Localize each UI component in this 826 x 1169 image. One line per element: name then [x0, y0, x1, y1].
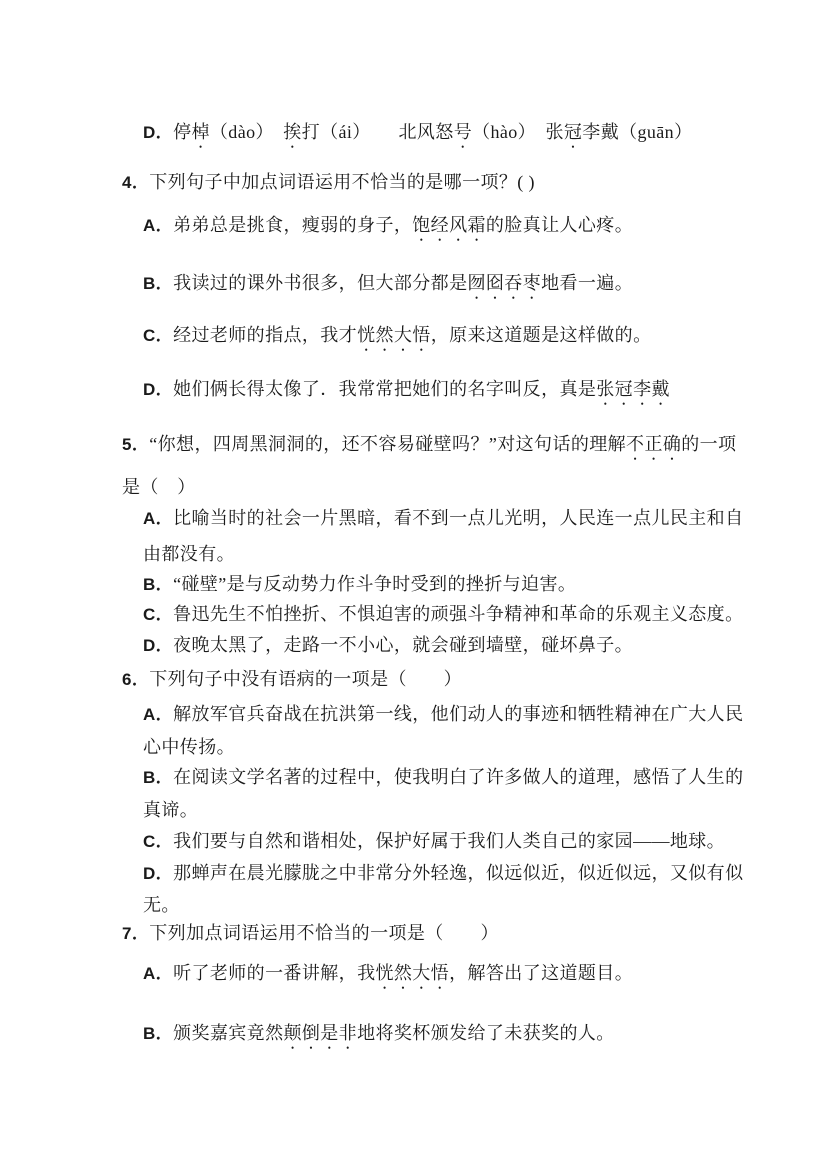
text-segment: ，解答出了这道题目。 — [449, 963, 633, 983]
emphasized-word: 不正确 — [626, 434, 681, 454]
text-segment: 北风怒 — [398, 122, 453, 142]
text-segment: 听了老师的一番讲解，我 — [173, 963, 375, 983]
text-segment: 我们要与自然和谐相处，保护好属于我们人类自己的家园——地球。 — [173, 831, 725, 851]
question-6-option-c: C．我们要与自然和谐相处，保护好属于我们人类自己的家园——地球。 — [143, 830, 725, 853]
question-6-option-b-line-2: 真谛。 — [143, 799, 198, 822]
item-label: A． — [143, 964, 173, 983]
question-6-option-b-line-1: B．在阅读文学名著的过程中，使我明白了许多做人的道理，感悟了人生的 — [143, 766, 743, 789]
emphasized-word: 颠倒是非 — [283, 1023, 357, 1043]
question-6-option-d-line-2: 无。 — [143, 894, 180, 917]
question-6-option-d-line-1: D．那蝉声在晨光朦胧之中非常分外轻逸，似远似近，似近似远，又似有似 — [143, 862, 743, 885]
item-label: 6． — [122, 670, 149, 689]
emphasized-word: 张冠李戴 — [596, 379, 670, 399]
question-6-stem: 6．下列句子中没有语病的一项是（ ） — [122, 668, 462, 691]
item-label: A． — [143, 216, 173, 235]
text-segment: 夜晚太黑了，走路一不小心，就会碰到墙壁，碰坏鼻子。 — [173, 635, 633, 655]
text-segment: 在阅读文学名著的过程中，使我明白了许多做人的道理，感悟了人生的 — [173, 767, 743, 787]
emphasized-word: 饱经风霜 — [412, 215, 486, 235]
text-segment: 真谛。 — [143, 800, 198, 820]
question-4-stem: 4．下列句子中加点词语运用不恰当的是哪一项？( ) — [122, 171, 535, 194]
question-3-option-d: D．停棹（dào） 挨打（ái） 北风怒号（hào） 张冠李戴（guān） — [143, 121, 693, 152]
question-7-stem: 7．下列加点词语运用不恰当的一项是（ ） — [122, 922, 499, 945]
text-segment: 的一项 — [681, 434, 736, 454]
emphasized-word: 恍然大悟 — [357, 325, 431, 345]
emphasized-word: 冠 — [564, 122, 582, 142]
text-segment: 鲁迅先生不怕挫折、不惧迫害的顽强斗争精神和革命的乐观主义态度。 — [173, 604, 743, 624]
question-4-option-a: A．弟弟总是挑食，瘦弱的身子，饱经风霜的脸真让人心疼。 — [143, 214, 633, 245]
text-segment: 经过老师的指点，我才 — [173, 325, 357, 345]
item-label: C． — [143, 832, 173, 851]
text-segment: 心中传扬。 — [143, 737, 235, 757]
item-label: B． — [143, 1024, 173, 1043]
text-segment: “碰壁”是与反动势力作斗争时受到的挫折与迫害。 — [173, 574, 576, 594]
text-segment: 地将奖杯颁发给了未获奖的人。 — [357, 1023, 615, 1043]
item-label: 5． — [122, 435, 149, 454]
item-label: A． — [143, 705, 173, 724]
exam-page: D．停棹（dào） 挨打（ái） 北风怒号（hào） 张冠李戴（guān） 4．… — [0, 0, 826, 1169]
question-7-option-a: A．听了老师的一番讲解，我恍然大悟，解答出了这道题目。 — [143, 962, 633, 993]
question-4-option-c: C．经过老师的指点，我才恍然大悟，原来这道题是这样做的。 — [143, 324, 652, 355]
question-5-stem-line-2: 是（ ） — [122, 476, 196, 499]
question-6-option-a-line-1: A．解放军官兵奋战在抗洪第一线，他们动人的事迹和牺牲精神在广大人民 — [143, 703, 743, 726]
question-5-option-a-line-1: A．比喻当时的社会一片黑暗，看不到一点儿光明，人民连一点儿民主和自 — [143, 507, 743, 530]
question-5-option-d: D．夜晚太黑了，走路一不小心，就会碰到墙壁，碰坏鼻子。 — [143, 634, 633, 657]
item-label: B． — [143, 274, 173, 293]
item-label: C． — [143, 605, 173, 624]
text-segment: 下列句子中没有语病的一项是（ ） — [149, 669, 462, 689]
question-6-option-a-line-2: 心中传扬。 — [143, 736, 235, 759]
text-segment: 解放军官兵奋战在抗洪第一线，他们动人的事迹和牺牲精神在广大人民 — [173, 704, 743, 724]
emphasized-word: 号 — [454, 122, 472, 142]
text-segment: 李戴（guān） — [582, 122, 692, 142]
text-segment: 比喻当时的社会一片黑暗，看不到一点儿光明，人民连一点儿民主和自 — [173, 508, 743, 528]
text-segment: 无。 — [143, 895, 180, 915]
item-label: D． — [143, 636, 173, 655]
text-segment: 颁奖嘉宾竟然 — [173, 1023, 283, 1043]
question-7-option-b: B．颁奖嘉宾竟然颠倒是非地将奖杯颁发给了未获奖的人。 — [143, 1022, 615, 1053]
item-label: A． — [143, 509, 173, 528]
text-segment: 那蝉声在晨光朦胧之中非常分外轻逸，似远似近，似近似远，又似有似 — [173, 863, 743, 883]
item-label: C． — [143, 326, 173, 345]
item-label: D． — [143, 123, 173, 142]
text-segment: ，原来这道题是这样做的。 — [431, 325, 652, 345]
text-segment: 我读过的课外书很多，但大部分都是 — [173, 273, 467, 293]
question-5-option-b: B．“碰壁”是与反动势力作斗争时受到的挫折与迫害。 — [143, 573, 576, 596]
question-4-option-d: D．她们俩长得太像了．我常常把她们的名字叫反，真是张冠李戴 — [143, 378, 670, 409]
text-segment: （hào） — [472, 122, 545, 142]
item-label: D． — [143, 864, 173, 883]
text-segment: 是（ ） — [122, 477, 196, 497]
emphasized-word: 恍然大悟 — [375, 963, 449, 983]
item-label: B． — [143, 768, 173, 787]
text-segment: 的脸真让人心疼。 — [486, 215, 633, 235]
question-4-option-b: B．我读过的课外书很多，但大部分都是囫囵吞枣地看一遍。 — [143, 272, 633, 303]
item-label: B． — [143, 575, 173, 594]
text-segment: 下列句子中加点词语运用不恰当的是哪一项？( ) — [149, 172, 535, 192]
emphasized-word: 挨 — [283, 122, 301, 142]
text-segment: 由都没有。 — [143, 544, 235, 564]
question-5-option-a-line-2: 由都没有。 — [143, 543, 235, 566]
emphasized-word: 棹 — [191, 122, 209, 142]
question-5-option-c: C．鲁迅先生不怕挫折、不惧迫害的顽强斗争精神和革命的乐观主义态度。 — [143, 603, 743, 626]
text-segment: 张 — [545, 122, 563, 142]
item-label: 4． — [122, 173, 149, 192]
item-label: D． — [143, 380, 173, 399]
text-segment: 停 — [173, 122, 191, 142]
text-segment: 她们俩长得太像了．我常常把她们的名字叫反，真是 — [173, 379, 596, 399]
text-segment: 地看一遍。 — [541, 273, 633, 293]
question-5-stem-line-1: 5．“你想，四周黑洞洞的，还不容易碰壁吗？”对这句话的理解不正确的一项 — [122, 433, 736, 464]
text-segment: 弟弟总是挑食，瘦弱的身子， — [173, 215, 412, 235]
text-segment: 下列加点词语运用不恰当的一项是（ ） — [149, 923, 499, 943]
emphasized-word: 囫囵吞枣 — [467, 273, 541, 293]
text-segment: “你想，四周黑洞洞的，还不容易碰壁吗？”对这句话的理解 — [149, 434, 626, 454]
text-segment: （dào） — [210, 122, 283, 142]
text-segment: 打（ái） — [302, 122, 399, 142]
item-label: 7． — [122, 924, 149, 943]
